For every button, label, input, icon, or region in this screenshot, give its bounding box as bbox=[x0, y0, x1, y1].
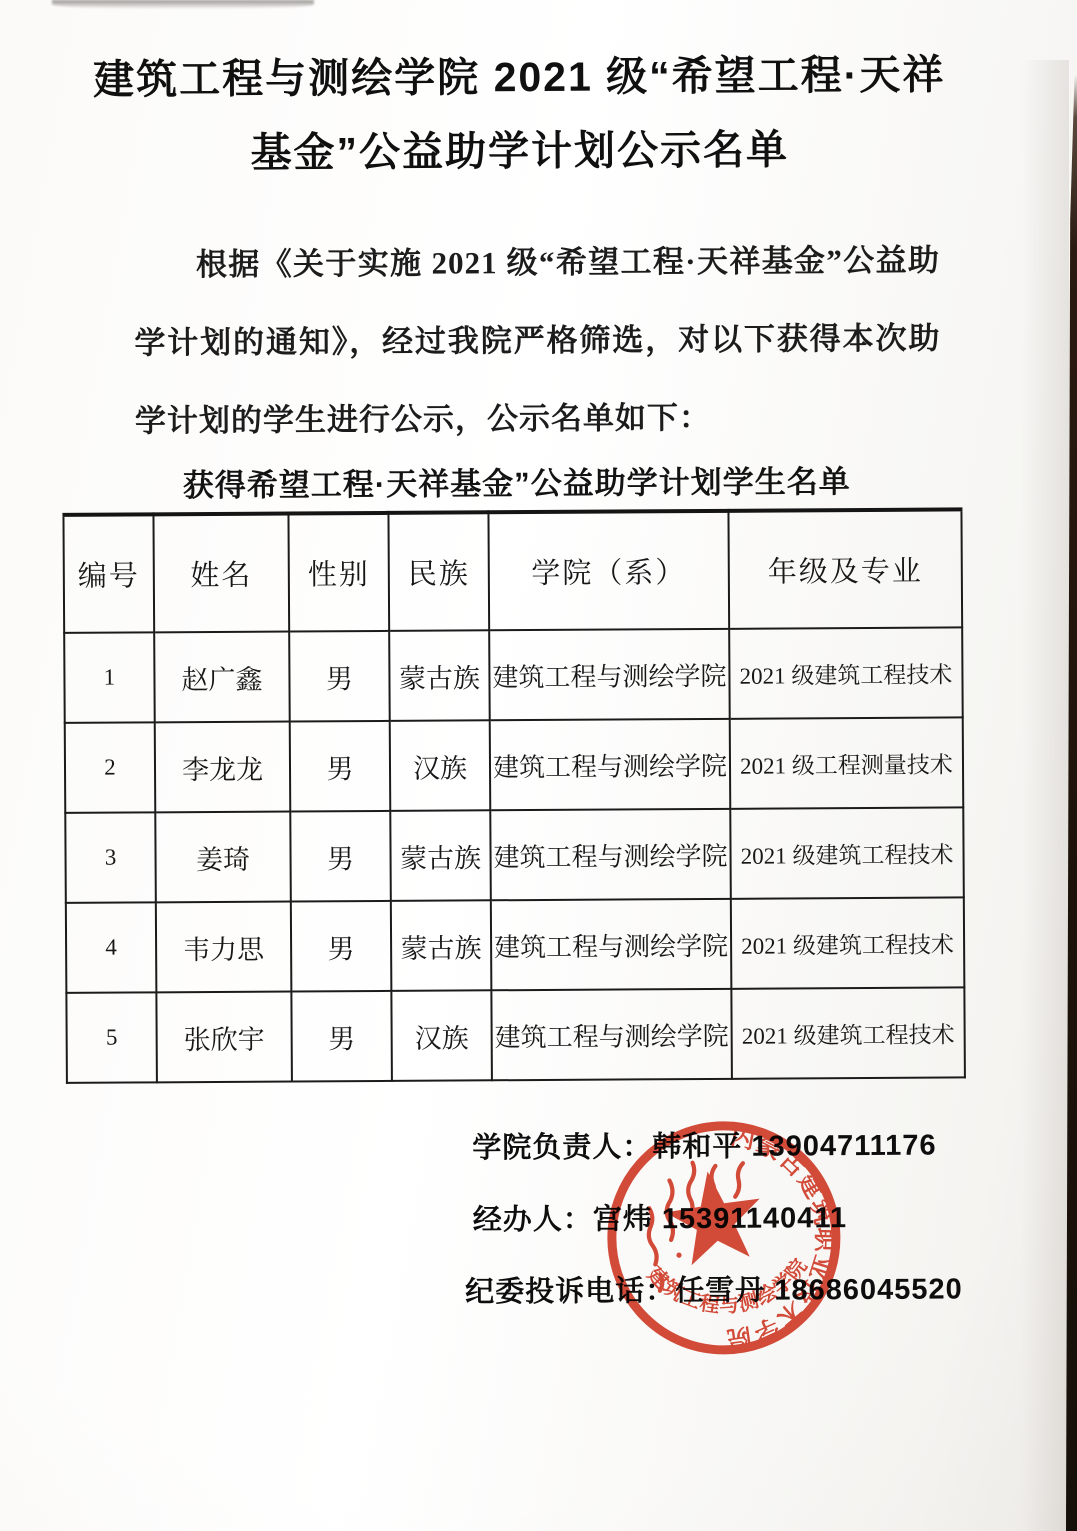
cell-serial: 5 bbox=[66, 992, 157, 1083]
cell-major: 2021 级建筑工程技术 bbox=[730, 807, 964, 898]
cell-gender: 男 bbox=[289, 631, 390, 722]
cell-gender: 男 bbox=[291, 901, 392, 992]
header-college: 学院（系） bbox=[488, 511, 729, 630]
cell-college: 建筑工程与测绘学院 bbox=[490, 809, 731, 900]
cell-college: 建筑工程与测绘学院 bbox=[489, 629, 730, 720]
student-roster-table: 编号 姓名 性别 民族 学院（系） 年级及专业 1 赵广鑫 男 蒙古族 建筑工程… bbox=[62, 507, 965, 1083]
intro-paragraph: 根据《关于实施 2021 级“希望工程·天祥基金”公益助学计划的通知》，经过我院… bbox=[134, 222, 941, 461]
cell-ethnic: 汉族 bbox=[391, 990, 492, 1081]
paper-sheet: 建筑工程与测绘学院 2021 级“希望工程·天祥 基金”公益助学计划公示名单 根… bbox=[0, 0, 1077, 1531]
cell-name: 韦力思 bbox=[156, 902, 292, 993]
cell-gender: 男 bbox=[291, 991, 392, 1082]
seal-star-icon bbox=[660, 1165, 767, 1268]
cell-college: 建筑工程与测绘学院 bbox=[491, 899, 732, 990]
header-major: 年级及专业 bbox=[728, 509, 962, 628]
cell-major: 2021 级工程测量技术 bbox=[730, 717, 964, 808]
table-caption: 获得希望工程·天祥基金”公益助学计划学生名单 bbox=[68, 455, 965, 505]
cell-ethnic: 蒙古族 bbox=[391, 900, 492, 991]
cell-name: 赵广鑫 bbox=[154, 632, 290, 723]
table-row: 4 韦力思 男 蒙古族 建筑工程与测绘学院 2021 级建筑工程技术 bbox=[66, 897, 965, 992]
document-title-line1: 建筑工程与测绘学院 2021 级“希望工程·天祥 bbox=[66, 37, 973, 117]
cell-ethnic: 蒙古族 bbox=[389, 630, 490, 721]
header-ethnic: 民族 bbox=[388, 512, 489, 631]
cell-major: 2021 级建筑工程技术 bbox=[729, 627, 963, 718]
cell-ethnic: 蒙古族 bbox=[390, 810, 491, 901]
photo-edge-shading bbox=[1021, 60, 1069, 1531]
cell-name: 李龙龙 bbox=[155, 722, 291, 813]
table-row: 2 李龙龙 男 汉族 建筑工程与测绘学院 2021 级工程测量技术 bbox=[65, 717, 964, 812]
cell-major: 2021 级建筑工程技术 bbox=[731, 987, 965, 1078]
document-title-line2: 基金”公益助学计划公示名单 bbox=[66, 111, 973, 191]
cell-name: 张欣宇 bbox=[156, 992, 292, 1083]
header-name: 姓名 bbox=[153, 514, 289, 633]
cell-ethnic: 汉族 bbox=[390, 720, 491, 811]
cell-name: 姜琦 bbox=[155, 812, 291, 903]
header-serial: 编号 bbox=[63, 514, 154, 633]
cell-serial: 4 bbox=[66, 902, 157, 993]
cell-college: 建筑工程与测绘学院 bbox=[491, 989, 732, 1080]
cell-serial: 2 bbox=[65, 722, 156, 813]
cell-college: 建筑工程与测绘学院 bbox=[490, 719, 731, 810]
document-title: 建筑工程与测绘学院 2021 级“希望工程·天祥 基金”公益助学计划公示名单 bbox=[66, 37, 974, 191]
cell-serial: 1 bbox=[64, 632, 155, 723]
cell-gender: 男 bbox=[290, 721, 391, 812]
cell-major: 2021 级建筑工程技术 bbox=[731, 897, 965, 988]
header-gender: 性别 bbox=[288, 513, 389, 632]
table-row: 3 姜琦 男 蒙古族 建筑工程与测绘学院 2021 级建筑工程技术 bbox=[65, 807, 964, 902]
table-header-row: 编号 姓名 性别 民族 学院（系） 年级及专业 bbox=[63, 509, 962, 632]
table-row: 5 张欣宇 男 汉族 建筑工程与测绘学院 2021 级建筑工程技术 bbox=[66, 987, 965, 1082]
document-photo: 建筑工程与测绘学院 2021 级“希望工程·天祥 基金”公益助学计划公示名单 根… bbox=[0, 0, 1077, 1531]
cell-gender: 男 bbox=[290, 811, 391, 902]
official-seal: 内蒙古建筑职业技术学院 建筑工程与测绘学院 bbox=[590, 1104, 858, 1372]
cell-serial: 3 bbox=[65, 812, 156, 903]
table-row: 1 赵广鑫 男 蒙古族 建筑工程与测绘学院 2021 级建筑工程技术 bbox=[64, 627, 963, 722]
